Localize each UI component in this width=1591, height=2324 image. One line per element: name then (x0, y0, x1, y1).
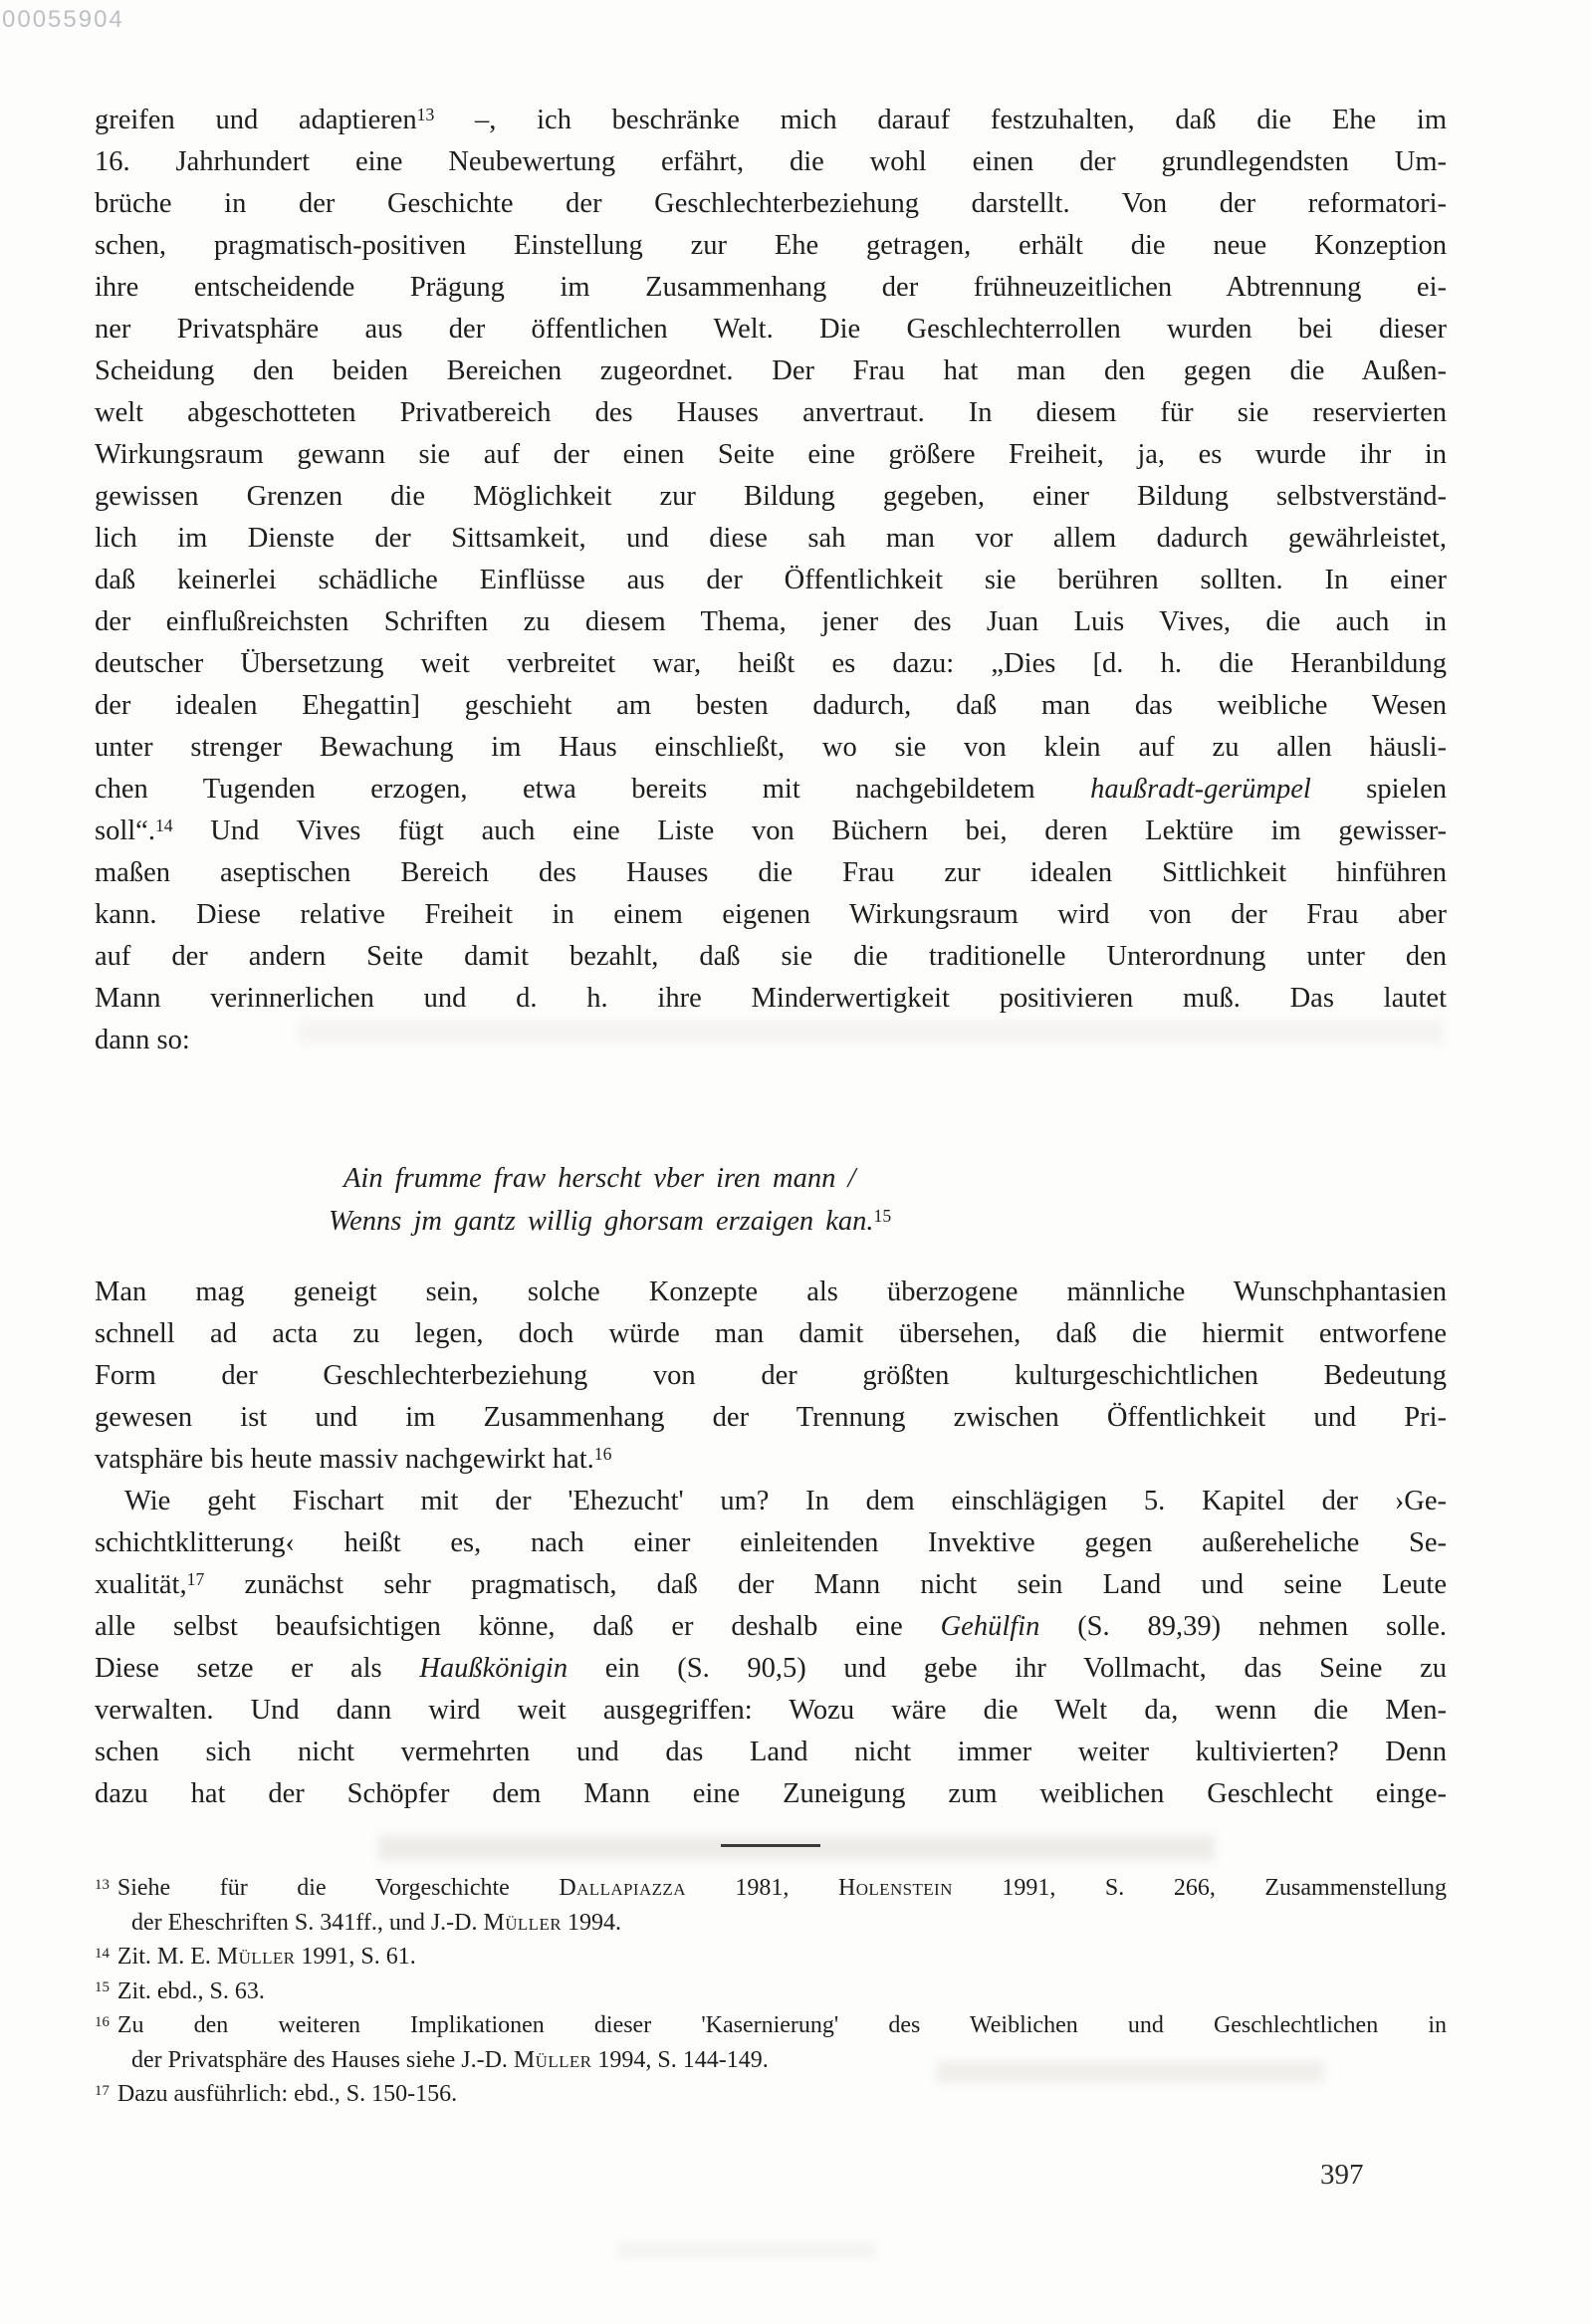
text-line: dazu hat der Schöpfer dem Mann eine Zune… (95, 1773, 1447, 1815)
scanned-book-page: { "page": { "scan_number": "00055904", "… (0, 0, 1591, 2324)
body-paragraph-3: Wie geht Fischart mit der 'Ehezucht' um?… (95, 1481, 1447, 1815)
text-line: deutscher Übersetzung weit verbreitet wa… (95, 643, 1447, 685)
text-line: xualität,17 zunächst sehr pragmatisch, d… (95, 1564, 1447, 1606)
text-line: schnell ad acta zu legen, doch würde man… (95, 1313, 1447, 1355)
text-line: der einflußreichsten Schriften zu diesem… (95, 601, 1447, 643)
text-line: gewesen ist und im Zusammenhang der Tren… (95, 1397, 1447, 1439)
text-line: der Privatsphäre des Hauses siehe J.-D. … (95, 2043, 1447, 2078)
text-line: auf der andern Seite damit bezahlt, daß … (95, 936, 1447, 978)
verse-quote: Ain frumme fraw herscht vber iren mann /… (329, 1157, 1447, 1243)
body-paragraph-1: greifen und adaptieren13 –, ich beschrän… (95, 100, 1447, 1061)
footnote: 16Zu den weiteren Implikationen dieser '… (95, 2008, 1447, 2077)
text-line: greifen und adaptieren13 –, ich beschrän… (95, 100, 1447, 141)
text-line: 17Dazu ausführlich: ebd., S. 150-156. (95, 2077, 1447, 2112)
footnote: 15Zit. ebd., S. 63. (95, 1975, 1447, 2009)
footnote: 13Siehe für die Vorgeschichte Dallapiazz… (95, 1871, 1447, 1940)
text-column: greifen und adaptieren13 –, ich beschrän… (95, 100, 1447, 2112)
footnotes: 13Siehe für die Vorgeschichte Dallapiazz… (95, 1871, 1447, 2112)
text-line: Mann verinnerlichen und d. h. ihre Minde… (95, 978, 1447, 1020)
text-line: 16Zu den weiteren Implikationen dieser '… (95, 2008, 1447, 2043)
text-line: 13Siehe für die Vorgeschichte Dallapiazz… (95, 1871, 1447, 1906)
text-line: verwalten. Und dann wird weit ausgegriff… (95, 1690, 1447, 1732)
scan-number: 00055904 (2, 6, 124, 34)
text-line: daß keinerlei schädliche Einflüsse aus d… (95, 560, 1447, 601)
page-number: 397 (1320, 2159, 1364, 2192)
text-line: der Eheschriften S. 341ff., und J.-D. Mü… (95, 1906, 1447, 1941)
footnote: 17Dazu ausführlich: ebd., S. 150-156. (95, 2077, 1447, 2112)
scan-artifact (617, 2242, 876, 2258)
text-line: dann so: (95, 1020, 1447, 1061)
text-line: Scheidung den beiden Bereichen zugeordne… (95, 350, 1447, 392)
text-line: 15Zit. ebd., S. 63. (95, 1975, 1447, 2009)
text-line: welt abgeschotteten Privatbereich des Ha… (95, 392, 1447, 434)
text-line: alle selbst beaufsichtigen könne, daß er… (95, 1606, 1447, 1648)
text-line: unter strenger Bewachung im Haus einschl… (95, 727, 1447, 769)
text-line: maßen aseptischen Bereich des Hauses die… (95, 852, 1447, 894)
text-line: 16. Jahrhundert eine Neubewertung erfähr… (95, 141, 1447, 183)
text-line: Form der Geschlechterbeziehung von der g… (95, 1355, 1447, 1397)
text-line: soll“.14 Und Vives fügt auch eine Liste … (95, 811, 1447, 852)
text-line: der idealen Ehegattin] geschieht am best… (95, 685, 1447, 727)
text-line: gewissen Grenzen die Möglichkeit zur Bil… (95, 476, 1447, 518)
text-line: lich im Dienste der Sittsamkeit, und die… (95, 518, 1447, 560)
text-line: Ain frumme fraw herscht vber iren mann / (329, 1157, 1447, 1200)
footnote-separator (721, 1844, 820, 1847)
text-line: Wirkungsraum gewann sie auf der einen Se… (95, 434, 1447, 476)
text-line: schichtklitterung‹ heißt es, nach einer … (95, 1522, 1447, 1564)
text-line: chen Tugenden erzogen, etwa bereits mit … (95, 769, 1447, 811)
footnote: 14Zit. M. E. Müller 1991, S. 61. (95, 1940, 1447, 1975)
text-line: brüche in der Geschichte der Geschlechte… (95, 183, 1447, 225)
text-line: vatsphäre bis heute massiv nachgewirkt h… (95, 1439, 1447, 1481)
text-line: kann. Diese relative Freiheit in einem e… (95, 894, 1447, 936)
text-line: ner Privatsphäre aus der öffentlichen We… (95, 309, 1447, 350)
text-line: Wenns jm gantz willig ghorsam erzaigen k… (329, 1200, 1447, 1243)
text-line: schen, pragmatisch-positiven Einstellung… (95, 225, 1447, 267)
text-line: 14Zit. M. E. Müller 1991, S. 61. (95, 1940, 1447, 1975)
body-paragraph-2: Man mag geneigt sein, solche Konzepte al… (95, 1272, 1447, 1481)
text-line: Wie geht Fischart mit der 'Ehezucht' um?… (95, 1481, 1447, 1522)
text-line: Diese setze er als Haußkönigin ein (S. 9… (95, 1648, 1447, 1690)
text-line: schen sich nicht vermehrten und das Land… (95, 1732, 1447, 1773)
text-line: ihre entscheidende Prägung im Zusammenha… (95, 267, 1447, 309)
text-line: Man mag geneigt sein, solche Konzepte al… (95, 1272, 1447, 1313)
